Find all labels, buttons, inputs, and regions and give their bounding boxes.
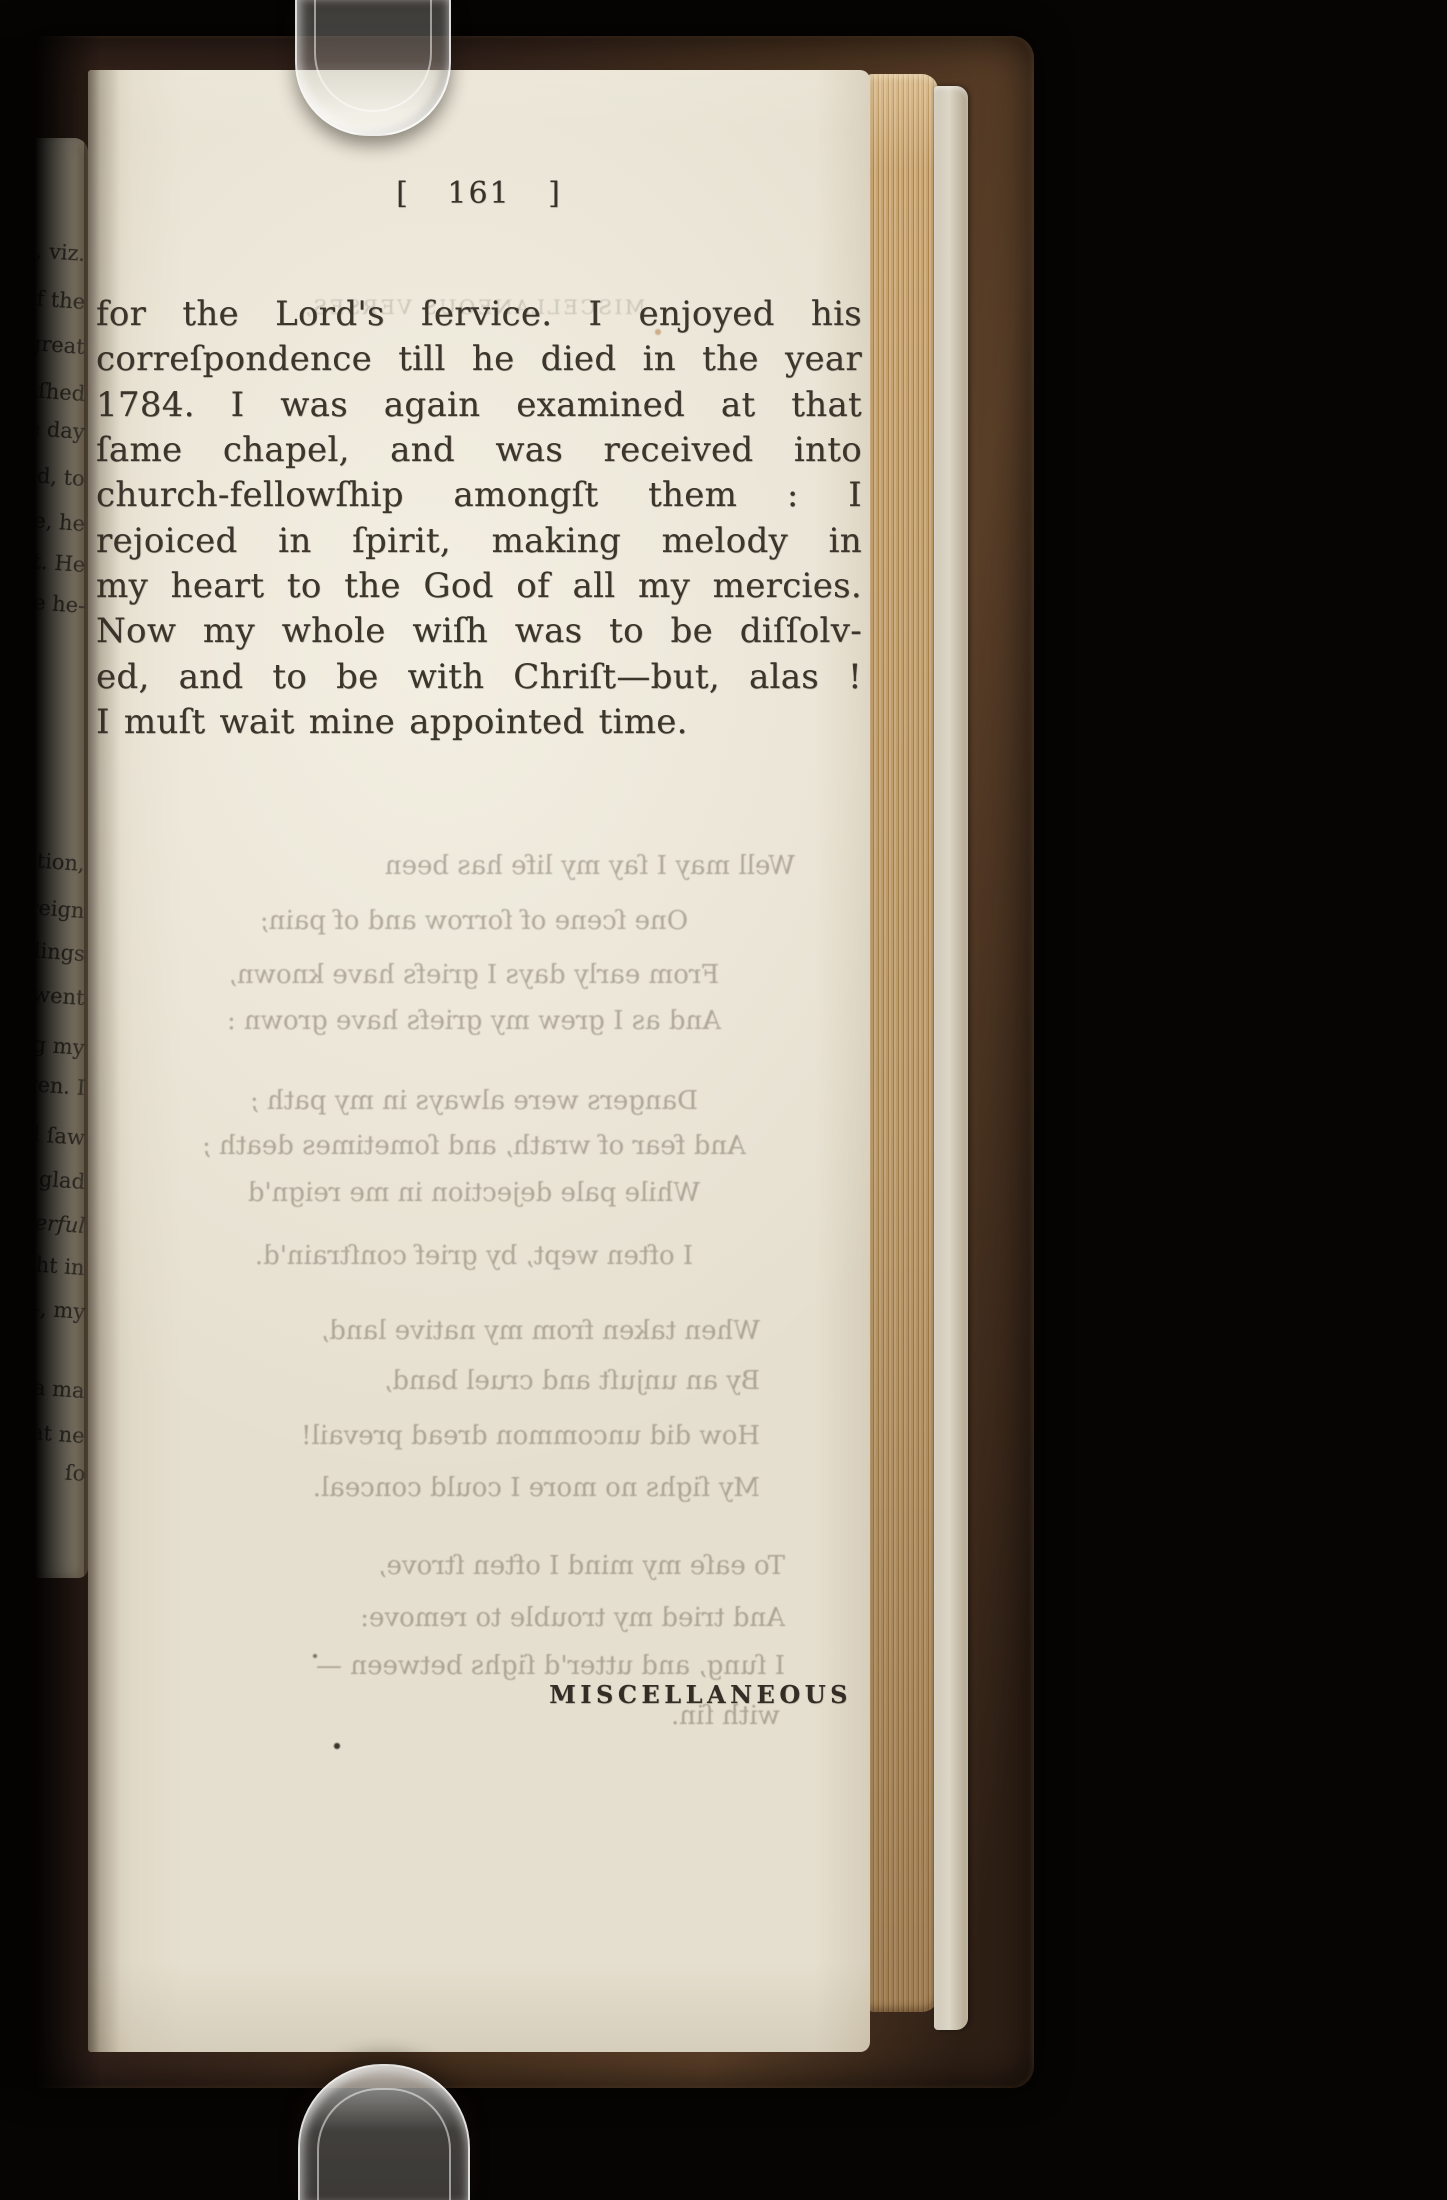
book-scan-photo: MISCELLANEOUS VERSES, Well may I ſay my … xyxy=(0,0,1447,2200)
body-text-line: rejoiced in ſpirit, making melody in xyxy=(96,519,862,564)
plastic-strap-top xyxy=(295,0,451,136)
page-number: [ 161 ] xyxy=(96,176,862,211)
catchword-miscellaneous: MISCELLANEOUS xyxy=(549,1680,852,1709)
body-text-line: ed, and to be with Chriſt—but, alas ! xyxy=(96,655,862,700)
body-text-line: I muſt wait mine appointed time. xyxy=(96,700,862,745)
body-text-line: correſpondence till he died in the year xyxy=(96,337,862,382)
left-edge-shadow xyxy=(0,36,100,2088)
body-text-line: 1784. I was again examined at that xyxy=(96,383,862,428)
body-text-line: church-fellowſhip amongſt them : I xyxy=(96,473,862,518)
flyleaf-page-edge xyxy=(934,86,968,2030)
body-text-line: for the Lord's ſervice. I enjoyed his xyxy=(96,292,862,337)
scanned-page-161: MISCELLANEOUS VERSES, Well may I ſay my … xyxy=(88,70,870,2052)
body-text-line: my heart to the God of all my mercies. xyxy=(96,564,862,609)
body-text-line: Now my whole wiſh was to be diſſolv- xyxy=(96,609,862,654)
fore-edge-page-stack xyxy=(866,74,938,2012)
body-text-line: ſame chapel, and was received into xyxy=(96,428,862,473)
printed-text-block: [ 161 ] for the Lord's ſervice. I enjoye… xyxy=(96,70,862,2052)
